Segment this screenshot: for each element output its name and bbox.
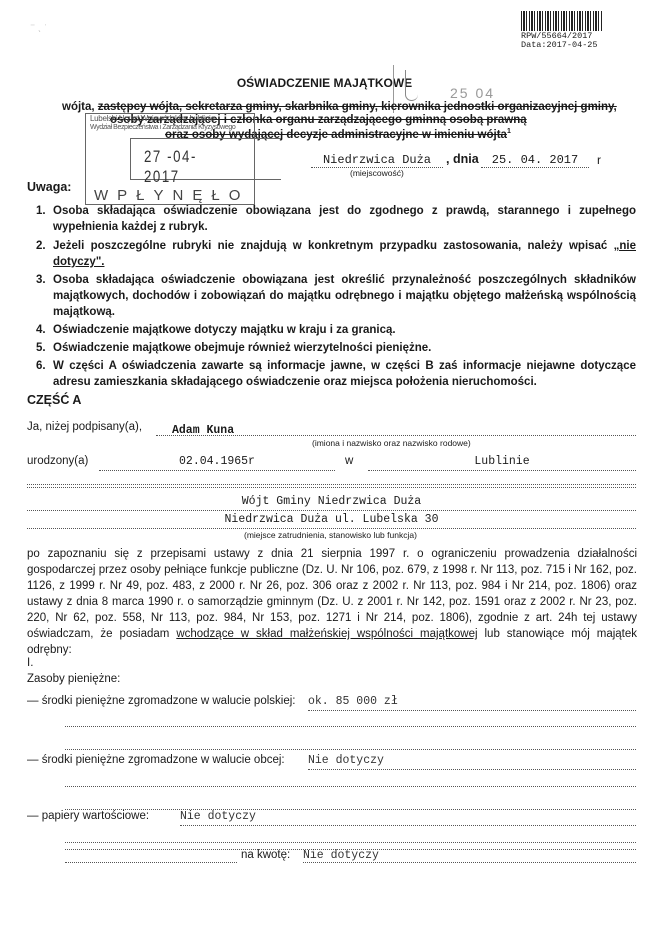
faint-date-stamp: 25 04 — [450, 85, 495, 101]
amount-field[interactable]: Nie dotyczy — [303, 849, 636, 863]
note-item: 3.Osoba składająca oświadczenie obowiąza… — [36, 272, 636, 320]
employer-hint: (miejsce zatrudnienia, stanowisko lub fu… — [244, 530, 417, 540]
signed-name-field[interactable]: Adam Kuna — [156, 420, 636, 436]
note-item: 4.Oświadczenie majątkowe dotyczy majątku… — [36, 322, 636, 338]
footnote-marker: 1 — [507, 128, 511, 135]
legal-basis-paragraph: po zapoznaniu się z przepisami ustawy z … — [27, 546, 637, 658]
pln-label: — środki pieniężne zgromadzone w walucie… — [27, 695, 295, 707]
securities-field[interactable]: Nie dotyczy — [180, 810, 636, 826]
struck-roles: zastępcy wójta, sekretarza gminy, skarbn… — [98, 101, 617, 113]
amount-label: na kwotę: — [241, 849, 290, 861]
section-heading: Zasoby pieniężne: — [27, 673, 120, 685]
signed-name-value: Adam Kuna — [172, 424, 234, 437]
blank-line — [27, 475, 636, 488]
securities-label: — papiery wartościowe: — [27, 810, 149, 822]
blank-line — [27, 484, 636, 485]
stamp-department: Wydział Bezpieczeństwa i Zarządzania Kry… — [90, 124, 235, 131]
signed-label: Ja, niżej podpisany(a), — [27, 421, 142, 433]
note-item: 6.W części A oświadczenia zawarte są inf… — [36, 358, 636, 390]
name-hint: (imiona i nazwisko oraz nazwisko rodowe) — [312, 438, 471, 448]
note-item: 5.Oświadczenie majątkowe obejmuje równie… — [36, 340, 636, 356]
handwritten-signature-stroke — [405, 70, 418, 101]
marital-property-underlined: wchodzące w skład małżeńskiej wspólności… — [176, 628, 477, 640]
note-item: 1.Osoba składająca oświadczenie obowiąza… — [36, 203, 636, 235]
barcode-image — [521, 11, 602, 31]
registration-date: Data:2017-04-25 — [521, 41, 598, 50]
note-item: 2.Jeżeli poszczególne rubryki nie znajdu… — [36, 238, 636, 270]
born-label: urodzony(a) — [27, 455, 88, 467]
stamp-date: 27 -04- 2017 — [144, 147, 230, 187]
corner-scan-mark: ⁻ ˎ ˑ — [30, 22, 60, 42]
barcode-label: RPW/55664/2017 Data:2017-04-25 — [521, 32, 598, 50]
blank-line — [65, 714, 636, 727]
date-field[interactable]: 25. 04. 2017 — [481, 153, 589, 168]
date-suffix: r — [597, 153, 601, 167]
pln-field[interactable]: ok. 85 000 zł — [308, 695, 636, 711]
place-field[interactable]: Niedrzwica Duża — [311, 153, 443, 168]
notes-heading: Uwaga: — [27, 180, 71, 194]
role-line-1: wójta, zastępcy wójta, sekretarza gminy,… — [62, 101, 617, 113]
born-place-field[interactable]: Lublinie — [368, 455, 636, 471]
foreign-currency-label: — środki pieniężne zgromadzone w walucie… — [27, 754, 285, 766]
place-hint: (miejscowość) — [350, 168, 404, 178]
date-label: , dnia — [446, 152, 479, 166]
employer-field-2[interactable]: Niedrzwica Duża ul. Lubelska 30 — [27, 513, 636, 529]
born-date-field[interactable]: 02.04.1965r — [99, 455, 335, 471]
blank-line — [65, 850, 237, 863]
document-title: OŚWIADCZENIE MAJĄTKOWE — [0, 76, 665, 90]
blank-line — [65, 737, 636, 750]
born-in-label: w — [345, 455, 353, 467]
section-number: I. — [27, 657, 33, 669]
stamp-received-label: WPŁYNĘŁO — [94, 187, 249, 204]
blank-line — [65, 797, 636, 810]
blank-line — [65, 830, 636, 843]
blank-line — [65, 774, 636, 787]
employer-field-1[interactable]: Wójt Gminy Niedrzwica Duża — [27, 495, 636, 511]
receipt-stamp: Lubelski Urząd Wojewódzki w Lublinie Wyd… — [85, 113, 255, 205]
part-a-heading: CZĘŚĆ A — [27, 393, 81, 407]
stamp-office: Lubelski Urząd Wojewódzki w Lublinie — [90, 114, 215, 123]
foreign-currency-field[interactable]: Nie dotyczy — [308, 754, 636, 770]
